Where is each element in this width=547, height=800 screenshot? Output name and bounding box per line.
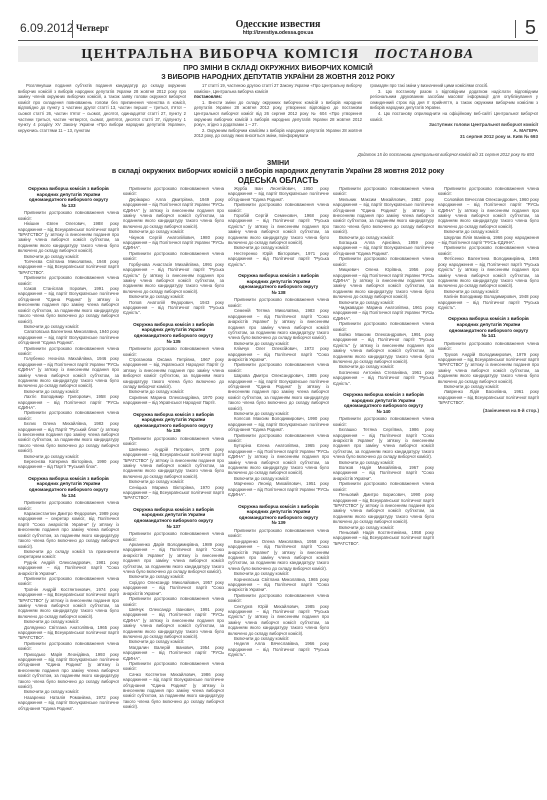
divider <box>515 20 516 38</box>
member-entry: Буторіна Єлена Анатоліївна, 1965 року на… <box>228 443 329 475</box>
terminate-phrase: Припинити достроково повноваження члена … <box>18 346 119 357</box>
member-entry: Шевчук Олександр Іванович, 1991 року нар… <box>123 607 224 639</box>
preamble-item-2: 2. Окружним виборчим комісіям з виборів … <box>194 128 362 139</box>
text-column-1: Окружна виборча комісія з виборів народн… <box>18 186 119 798</box>
district-number: № 141 <box>438 333 539 339</box>
district-number: № 135 <box>123 339 224 345</box>
member-entry: Трухов Андрій Володимирович, 1979 року н… <box>438 352 539 384</box>
issue-weekday: Четверг <box>76 23 109 33</box>
member-entry: Фетісенко Валентина Володимирівна, 1965 … <box>438 256 539 288</box>
preamble-item-4: 4. Цю постанову оприлюднити на офіційном… <box>370 111 538 122</box>
member-entry: Попов Анатолій Федорович, 1943 року наро… <box>123 300 224 316</box>
section-banner: ЦЕНТРАЛЬНА ВИБОРЧА КОМІСІЯ ПОСТАНОВА <box>18 46 538 62</box>
district-heading-text: Окружна виборча комісія з виборів народн… <box>133 412 214 428</box>
terminate-phrase: Припинити достроково повноваження члена … <box>333 481 434 492</box>
member-entry: Чікунов Сергій Анатолійович, 1980 року н… <box>123 235 224 251</box>
region-heading: ОДЕСЬКА ОБЛАСТЬ <box>18 176 538 185</box>
member-entry: Богаченко Антоніна Степанівна, 1961 року… <box>333 370 434 386</box>
district-heading: Окружна виборча комісія з виборів народн… <box>333 392 434 414</box>
member-entry: Шевченко Андрій Петрович, 1978 року наро… <box>123 447 224 479</box>
member-entry: Клімчук Олег Олексійович, 1973 року наро… <box>228 346 329 362</box>
terminate-phrase: Припинити достроково повноваження члена … <box>123 346 224 357</box>
text-column-4: Припинити достроково повноваження члена … <box>333 186 434 798</box>
member-entry: Лавренко Лідія Василівна, 1961 року наро… <box>438 389 539 405</box>
member-entry: Сапатовська Валентина Миколаївна, 1940 р… <box>18 329 119 345</box>
member-entry: Семеній Тетяна Миколаївна, 1983 року нар… <box>228 308 329 340</box>
member-entry: Мельник Максим Михайлович, 1982 року нар… <box>333 197 434 235</box>
member-entry: Магдалин Валерій Іванович, 1954 року нар… <box>123 645 224 661</box>
terminate-phrase: Припинити достроково повноваження члена … <box>228 593 329 604</box>
preamble-item-3: 3. Цю постанову разом з відповідним дода… <box>370 89 538 111</box>
member-entry: Сеніцька Марина Вікторівна, 1970 року на… <box>123 485 224 501</box>
member-entry: Ісаков Станіслав Ігорович, 1991 року нар… <box>18 286 119 324</box>
terminate-phrase: Припинити достроково повноваження члена … <box>18 210 119 221</box>
member-entry: Сачко Костянтин Михайлович, 1986 року на… <box>123 672 224 710</box>
member-entry: Неделя Алла Вячеславівна, 1966 року наро… <box>228 641 329 657</box>
terminate-phrase: Припинити достроково повноваження члена … <box>123 436 224 447</box>
terminate-phrase: Припинити достроково повноваження члена … <box>333 321 434 332</box>
preamble-col-2: 17 статті 19, частиною другою статті 27 … <box>194 83 362 139</box>
member-entry: Караконстантин Дмитро Федорович, 1989 ро… <box>18 511 119 549</box>
preamble-text: Розглянувши подання суб'єктів подання ка… <box>18 83 186 133</box>
member-entry: Бєлашко Тетяна Сергіївна, 1986 року наро… <box>333 427 434 459</box>
member-entry: Нікішин Євген Олегович, 1988 року народж… <box>18 221 119 253</box>
member-entry: Горобій Сергій Семенович, 1968 року наро… <box>228 213 329 245</box>
terminate-phrase: Припинити достроково повноваження члена … <box>123 596 224 607</box>
district-heading-text: Окружна виборча комісія з виборів народн… <box>238 504 319 520</box>
divider <box>72 20 73 38</box>
continued-note: (Закінчення на 8-й стор.) <box>438 408 539 413</box>
member-entry: Руднік Андрій Олександрович, 1981 року н… <box>18 560 119 576</box>
terminate-phrase: Припинити достроково повноваження члена … <box>123 661 224 672</box>
resolution-title-line1: ПРО ЗМІНИ В СКЛАДІ ОКРУЖНИХ ВИБОРЧИХ КОМ… <box>18 64 538 73</box>
terminate-phrase: Припинити достроково повноваження члена … <box>123 186 224 197</box>
district-heading-text: Окружна виборча комісія з виборів народн… <box>448 316 529 332</box>
member-entry: Журба Іван Леонтійович, 1950 року народж… <box>228 186 329 202</box>
district-heading: Окружна виборча комісія з виборів народн… <box>438 316 539 338</box>
masthead: 6.09.2012 Четверг Одесские известия http… <box>18 18 538 41</box>
member-entry: Толчеєва Світлана Миколаївна, 1948 року … <box>18 259 119 275</box>
terminate-phrase: Припинити достроково повноваження члена … <box>228 362 329 373</box>
member-entry: Корнеєвська Світлана Миколаївна, 1965 ро… <box>228 577 329 593</box>
district-heading: Окружна виборча комісія з виборів народн… <box>123 507 224 529</box>
resolution-title-line2: З ВИБОРІВ НАРОДНИХ ДЕПУТАТІВ УКРАЇНИ 28 … <box>18 73 538 82</box>
member-entry: Сектурєв Юрій Михайлович, 1985 року наро… <box>228 604 329 636</box>
terminate-phrase: Припинити достроково повноваження члена … <box>18 576 119 587</box>
district-number: № 134 <box>18 493 119 499</box>
district-heading: Окружна виборча комісія з виборів народн… <box>123 412 224 434</box>
terminate-phrase: Припинити достроково повноваження члена … <box>18 500 119 511</box>
preamble: Розглянувши подання суб'єктів подання ка… <box>18 83 538 143</box>
member-entry: Мицкевич Олена Юріївна, 1956 року народж… <box>333 267 434 299</box>
member-entry: Дерімарко Алла Дмитрівна, 1949 року наро… <box>123 197 224 229</box>
terminate-phrase: Припинити достроково повноваження члена … <box>18 275 119 286</box>
member-entry: Калінін Володимир Володимирович, 1948 ро… <box>438 294 539 310</box>
member-entry: Шкурлак Лілія Іванівна, 1966 року народж… <box>438 235 539 246</box>
member-entry: Доляденко Світлана Анатоліївна, 1965 рок… <box>18 625 119 641</box>
changes-columns: Окружна виборча комісія з виборів народн… <box>18 186 538 798</box>
member-entry: Пеньовий Дмитро Борисович, 1990 року нар… <box>333 492 434 524</box>
member-entry: Бондаренко Олена Миколаївна, 1958 року н… <box>228 539 329 571</box>
member-entry: Строганова Оксана Петрівна, 1967 року на… <box>123 357 224 389</box>
text-column-3: Журба Іван Леонтійович, 1950 року народж… <box>228 186 329 798</box>
member-entry: Пеньовий Надія Костянтинівна, 1958 року … <box>333 530 434 546</box>
member-entry: Скрідло Олександр Миколайович, 1957 року… <box>123 580 224 596</box>
district-heading: Окружна виборча комісія з виборів народн… <box>123 322 224 344</box>
terminate-phrase: Припинити достроково повноваження члена … <box>18 410 119 421</box>
district-heading-text: Окружна виборча комісія з виборів народн… <box>28 186 109 202</box>
signed-at: 31 серпня 2012 року м. Київ № 693 <box>370 134 538 140</box>
banner-resolution: ПОСТАНОВА <box>375 47 475 62</box>
member-entry: Назаренко Наталія Романівна, 1972 року н… <box>18 695 119 711</box>
terminate-phrase: Припинити достроково повноваження члена … <box>438 245 539 256</box>
terminate-phrase: Припинити достроково повноваження члена … <box>228 297 329 308</box>
member-entry: Троїнін Андрій Костянтинович, 1974 року … <box>18 587 119 619</box>
district-heading: Окружна виборча комісія з виборів народн… <box>18 186 119 208</box>
member-entry: Богацька Алла Арисівна, 1959 року народж… <box>333 240 434 256</box>
district-heading-text: Окружна виборча комісія з виборів народн… <box>133 507 214 523</box>
district-heading-text: Окружна виборча комісія з виборів народн… <box>133 322 214 338</box>
terminate-phrase: Припинити достроково повноваження члена … <box>123 251 224 262</box>
page-number: 5 <box>525 17 536 40</box>
member-entry: Чиджавадзе Марина Анатоліївна, 1961 року… <box>333 305 434 321</box>
district-heading: Окружна виборча комісія з виборів народн… <box>18 476 119 498</box>
member-entry: Голубенко Неоніла Михайлівна, 1946 року … <box>18 356 119 388</box>
member-entry: Нестеренко Юрій Вікторович, 1971 року на… <box>228 251 329 267</box>
include-secretary-phrase: Включити до складу комісії та призначити… <box>18 549 119 560</box>
preamble-item-1: 1. Внести зміни до складу окружних вибор… <box>194 100 362 128</box>
preamble-text: 17 статті 19, частиною другою статті 27 … <box>194 83 362 94</box>
paper-name: Одесские известия <box>218 19 338 30</box>
changes-subheading: в складі окружних виборчих комісій з виб… <box>18 168 538 176</box>
text-column-2: Припинити достроково повноваження члена … <box>123 186 224 798</box>
preamble-col-1: Розглянувши подання суб'єктів подання ка… <box>18 83 186 133</box>
member-entry: Лахтіє Володимир Григорович, 1958 року н… <box>18 394 119 410</box>
member-entry: Скрипник Марина Олександрівна, 1970 року… <box>123 395 224 406</box>
terminate-phrase: Припинити достроково повноваження члена … <box>228 528 329 539</box>
district-number: № 133 <box>18 203 119 209</box>
terminate-phrase: Припинити достроково повноваження члена … <box>333 256 434 267</box>
terminate-phrase: Припинити достроково повноваження члена … <box>18 641 119 652</box>
district-number: № 138 <box>228 290 329 296</box>
terminate-phrase: Припинити достроково повноваження члена … <box>123 531 224 542</box>
annex-note: Додаток 15 до постанови Центральної вибо… <box>358 152 534 157</box>
terminate-phrase: Припинити достроково повноваження члена … <box>333 186 434 197</box>
member-entry: Колєсов Максим Володимирович, 1990 року … <box>228 416 329 432</box>
district-heading-text: Окружна виборча комісія з виборів народн… <box>343 392 424 408</box>
terminate-phrase: Припинити достроково повноваження члена … <box>333 416 434 427</box>
district-number: № 140 <box>333 409 434 415</box>
member-entry: Шарова Дмитро Олександрович, 1985 року н… <box>228 373 329 411</box>
district-number: № 136 <box>123 428 224 434</box>
member-entry: Волков Надія Михайлівна, 1967 року народ… <box>333 465 434 481</box>
member-entry: Бойко Максим Олександрович, 1991 року на… <box>333 332 434 364</box>
terminate-phrase: Припинити достроково повноваження члена … <box>228 202 329 213</box>
district-number: № 137 <box>123 524 224 530</box>
member-entry: Марченко Леонід Михайлович, 1951 року на… <box>228 481 329 497</box>
changes-heading: ЗМІНИ <box>18 160 538 168</box>
terminate-phrase: Припинити достроково повноваження члена … <box>438 186 539 197</box>
terminate-phrase: Припинити достроково повноваження члена … <box>228 433 329 444</box>
district-heading: Окружна виборча комісія з виборів народн… <box>228 504 329 526</box>
member-entry: Арканенко Дарія Володимирівна, 1989 року… <box>123 542 224 574</box>
district-number: № 139 <box>228 520 329 526</box>
member-entry: Бєлих Олена Михайлівна, 1983 року народж… <box>18 421 119 453</box>
member-entry: Береснєва Катерина Вікторівна, 1990 року… <box>18 459 119 470</box>
district-heading-text: Окружна виборча комісія з виборів народн… <box>28 476 109 492</box>
issue-date: 6.09.2012 <box>20 21 73 35</box>
district-heading: Окружна виборча комісія з виборів народн… <box>228 273 329 295</box>
preamble-col-3: громадян про такі зміни у визначений цим… <box>370 83 538 140</box>
member-entry: Соловйов Вячеслав Олександрович, 1960 ро… <box>438 197 539 229</box>
paper-title-block: Одесские известия http://izvestiya.odess… <box>218 19 338 36</box>
member-entry: Горбунова Анастасія Михайлівна, 1991 рок… <box>123 262 224 294</box>
member-entry: Приходько Марія Леонідівна, 1993 року на… <box>18 652 119 690</box>
district-heading-text: Окружна виборча комісія з виборів народн… <box>238 273 319 289</box>
paper-url: http://izvestiya.odessa.gov.ua <box>218 30 338 36</box>
text-column-5: Припинити достроково повноваження члена … <box>438 186 539 798</box>
banner-commission: ЦЕНТРАЛЬНА ВИБОРЧА КОМІСІЯ <box>81 47 359 62</box>
terminate-phrase: Припинити достроково повноваження члена … <box>438 341 539 352</box>
